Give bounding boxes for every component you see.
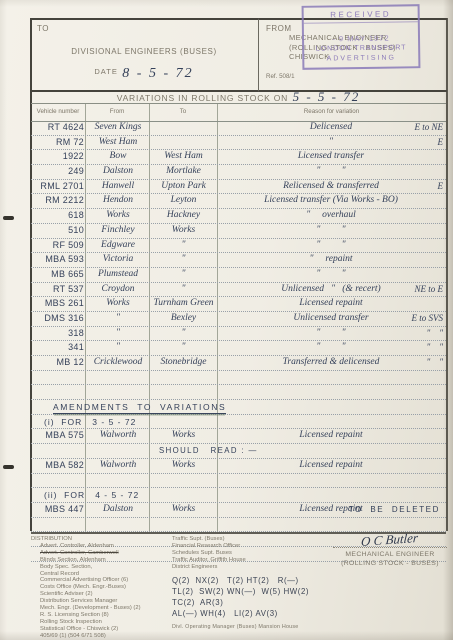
reason-cell: Relicensed & transferred xyxy=(218,180,444,194)
from-cell: Walworth xyxy=(87,429,149,443)
from-cell: Edgware xyxy=(87,239,149,253)
margin-note: E xyxy=(438,136,444,149)
from-cell: Bow xyxy=(87,150,149,164)
distribution-item: Central Record xyxy=(31,571,173,578)
to-cell xyxy=(151,121,216,135)
code-line: TL(2) SW(2) WN(—) W(5) HW(2) xyxy=(172,586,309,597)
to-cell: " xyxy=(151,239,216,253)
recipient-item: District Engineers xyxy=(172,564,312,571)
from-cell: Plumstead xyxy=(87,268,149,282)
signatory-line: (ROLLING STOCK - BUSES) xyxy=(333,559,447,568)
title-text: VARIATIONS IN ROLLING STOCK ON xyxy=(117,93,288,103)
reason-cell: Licensed repaint xyxy=(218,459,444,473)
vehicle-number-cell: 249 xyxy=(31,165,84,179)
reason-cell: Unlicensed " (& recert) xyxy=(218,283,444,297)
to-cell xyxy=(151,136,216,150)
signature-block: O C Butler MECHANICAL ENGINEER (ROLLING … xyxy=(333,531,447,568)
vehicle-number-cell: DMS 316 xyxy=(31,312,84,326)
ref-number: Ref. 508/1 xyxy=(266,73,295,80)
distribution-item: R. S. Licensing Section (8) xyxy=(31,612,173,619)
reason-cell: Licensed transfer xyxy=(218,150,444,164)
reason-cell: " " xyxy=(218,341,444,355)
reason-cell: " repaint xyxy=(218,253,444,267)
amendment-label: (ii) FOR 4 - 5 - 72 xyxy=(44,489,139,501)
col-header-from: From xyxy=(85,104,149,121)
margin-note: " " xyxy=(426,341,443,354)
table-row: (ii) FOR 4 - 5 - 72 xyxy=(31,488,446,503)
to-cell: Works xyxy=(151,429,216,443)
to-cell: Hackney xyxy=(151,209,216,223)
margin-note: NE to E xyxy=(415,283,444,296)
from-cell: West Ham xyxy=(87,136,149,150)
date-line: DATE 8 - 5 - 72 xyxy=(30,64,258,82)
reason-cell: " " xyxy=(218,268,444,282)
table-row: AMENDMENTS TO VARIATIONS xyxy=(31,400,446,415)
table-row: MBA 593Victoria"" repaint xyxy=(31,253,446,268)
margin-note: E to SVS xyxy=(412,312,444,325)
reason-cell: Licensed repaint xyxy=(218,297,444,311)
from-cell: " xyxy=(87,341,149,355)
from-cell: Croydon xyxy=(87,283,149,297)
col-header-vehicle: Vehicle number xyxy=(31,104,85,121)
distribution-title: DISTRIBUTION xyxy=(31,536,173,543)
table-row: RM 72West Ham"E xyxy=(31,136,446,151)
reason-cell: Transferred & delicensed xyxy=(218,356,444,370)
recipient-item: Schedules Supt. Buses xyxy=(172,550,312,557)
vehicle-number-cell: MBS 447 xyxy=(31,503,84,517)
margin-note: " " xyxy=(426,356,443,369)
distribution-item: Rolling Stock Inspection xyxy=(31,619,173,626)
punch-mark xyxy=(3,216,14,220)
vehicle-number-cell: RT 4624 xyxy=(31,121,84,135)
to-cell: West Ham xyxy=(151,150,216,164)
table-row: MBA 582WalworthWorksLicensed repaint xyxy=(31,459,446,474)
vehicle-number-cell: RM 2212 xyxy=(31,194,84,208)
table-row: MB 665Plumstead"" " xyxy=(31,268,446,283)
margin-note: " " xyxy=(426,327,443,340)
reason-cell: " " xyxy=(218,165,444,179)
distribution-item: Blinds Section, Aldenham xyxy=(31,557,173,564)
reason-cell: Licensed repaint xyxy=(218,429,444,443)
table-row xyxy=(31,385,446,400)
table-row: RF 509Edgware"" " xyxy=(31,239,446,254)
garage-code-counts: Q(2) NX(2) T(2) HT(2) R(—)TL(2) SW(2) WN… xyxy=(172,575,309,619)
to-cell: Mortlake xyxy=(151,165,216,179)
vehicle-number-cell: 341 xyxy=(31,341,84,355)
distribution-item: Body Spec. Section, xyxy=(31,564,173,571)
vehicle-number-cell: 510 xyxy=(31,224,84,238)
variations-table: Vehicle number From To Reason for variat… xyxy=(31,103,446,534)
distribution-item: Advert. Controller, Aldenham xyxy=(31,543,173,550)
to-cell: Works xyxy=(151,503,216,517)
table-row: RT 537Croydon"Unlicensed " (& recert)NE … xyxy=(31,283,446,298)
signatory-title: MECHANICAL ENGINEER (ROLLING STOCK - BUS… xyxy=(333,550,447,568)
vehicle-number-cell: MBA 582 xyxy=(31,459,84,473)
reason-cell: Delicensed xyxy=(218,121,444,135)
from-cell: Hanwell xyxy=(87,180,149,194)
table-rows: RT 4624Seven KingsDelicensedE to NERM 72… xyxy=(31,121,446,532)
from-cell: Dalston xyxy=(87,503,149,517)
from-cell: Finchley xyxy=(87,224,149,238)
table-row: MBS 447DalstonWorksLicensed repaintTO BE… xyxy=(31,503,446,518)
distribution-item: 405/69 (1) (504 6/71 508) xyxy=(31,633,173,640)
margin-note: E xyxy=(438,180,444,193)
should-read-note: SHOULD READ : — xyxy=(159,445,258,457)
manager-line: Divl. Operating Manager (Buses) Mansion … xyxy=(172,624,298,630)
amendment-label: (i) FOR 3 - 5 - 72 xyxy=(44,416,136,428)
table-row: RT 4624Seven KingsDelicensedE to NE xyxy=(31,121,446,136)
amendments-heading: AMENDMENTS TO VARIATIONS xyxy=(53,401,226,414)
table-row: MBA 575WalworthWorksLicensed repaint xyxy=(31,429,446,444)
table-row: DMS 316"BexleyUnlicensed transferE to SV… xyxy=(31,312,446,327)
to-cell: Turnham Green xyxy=(151,297,216,311)
to-cell: " xyxy=(151,327,216,341)
reason-cell: " " xyxy=(218,239,444,253)
received-stamp: RECEIVED - 9 MAY 1972 LONDON TRANSPORT A… xyxy=(302,4,421,70)
punch-mark xyxy=(3,465,14,469)
to-label: TO xyxy=(37,24,49,33)
code-line: AL(—) WH(4) LI(2) AV(3) xyxy=(172,608,309,619)
reason-cell: " overhaul xyxy=(218,209,444,223)
stamp-date: - 9 MAY 1972 xyxy=(304,33,418,44)
distribution-item: Advert. Controller, Camberwell xyxy=(31,550,173,557)
table-row: 510FinchleyWorks" " xyxy=(31,224,446,239)
to-cell: Upton Park xyxy=(151,180,216,194)
vehicle-number-cell: RT 537 xyxy=(31,283,84,297)
recipient-item: Traffic Supt. (Buses) xyxy=(172,536,312,543)
vehicle-number-cell: 618 xyxy=(31,209,84,223)
date-handwritten: 8 - 5 - 72 xyxy=(122,66,193,81)
to-cell: " xyxy=(151,341,216,355)
from-cell: Dalston xyxy=(87,165,149,179)
distribution-item: Scientific Adviser (2) xyxy=(31,591,173,598)
table-row: RML 2701HanwellUpton ParkRelicensed & tr… xyxy=(31,180,446,195)
margin-note: E to NE xyxy=(415,121,444,134)
reason-cell: " " xyxy=(218,224,444,238)
margin-note-caps: TO BE DELETED xyxy=(349,504,440,516)
to-cell: Stonebridge xyxy=(151,356,216,370)
vehicle-number-cell: MBA 575 xyxy=(31,429,84,443)
table-row: 249DalstonMortlake" " xyxy=(31,165,446,180)
reason-cell: " xyxy=(218,136,444,150)
table-row: 341""" "" " xyxy=(31,341,446,356)
stamp-org: LONDON TRANSPORT xyxy=(304,44,418,53)
col-header-reason: Reason for variation xyxy=(217,104,446,121)
from-cell: Walworth xyxy=(87,459,149,473)
to-cell: " xyxy=(151,283,216,297)
distribution-item: Distribution Services Manager xyxy=(31,598,173,605)
vehicle-number-cell: 1922 xyxy=(31,150,84,164)
distribution-item: Statistical Office - Chiswick (2) xyxy=(31,626,173,633)
reason-cell: Licensed transfer (Via Works - BO) xyxy=(218,194,444,208)
table-row: 618WorksHackney" overhaul xyxy=(31,209,446,224)
table-row: SHOULD READ : — xyxy=(31,444,446,459)
from-cell: Hendon xyxy=(87,194,149,208)
vehicle-number-cell: MBS 261 xyxy=(31,297,84,311)
from-cell: Seven Kings xyxy=(87,121,149,135)
table-row: 318""" "" " xyxy=(31,327,446,342)
col-header-to: To xyxy=(149,104,217,121)
code-line: Q(2) NX(2) T(2) HT(2) R(—) xyxy=(172,575,309,586)
to-cell: " xyxy=(151,268,216,282)
scanned-form-page: TO DIVISIONAL ENGINEERS (BUSES) DATE 8 -… xyxy=(0,0,453,640)
vehicle-number-cell: MB 12 xyxy=(31,356,84,370)
table-row xyxy=(31,371,446,386)
vehicle-number-cell: RML 2701 xyxy=(31,180,84,194)
title-date-handwritten: 5 - 5 - 72 xyxy=(293,89,361,104)
to-cell: Works xyxy=(151,459,216,473)
recipient-item: Financial Research Officer xyxy=(172,543,312,550)
to-cell: " xyxy=(151,253,216,267)
table-row: MBS 261WorksTurnham GreenLicensed repain… xyxy=(31,297,446,312)
vehicle-number-cell: MB 665 xyxy=(31,268,84,282)
recipient-item: Traffic Auditor, Griffith House xyxy=(172,557,312,564)
from-cell: " xyxy=(87,312,149,326)
vehicle-number-cell: MBA 593 xyxy=(31,253,84,267)
to-cell: Leyton xyxy=(151,194,216,208)
from-cell: Victoria xyxy=(87,253,149,267)
table-row xyxy=(31,474,446,489)
from-cell: Works xyxy=(87,297,149,311)
signatory-line: MECHANICAL ENGINEER xyxy=(333,550,447,559)
to-value: DIVISIONAL ENGINEERS (BUSES) xyxy=(30,47,258,56)
to-cell: Works xyxy=(151,224,216,238)
vehicle-number-cell: RF 509 xyxy=(31,239,84,253)
vehicle-number-cell: RM 72 xyxy=(31,136,84,150)
distribution-item: Mech. Engr. (Development - Buses) (2) xyxy=(31,605,173,612)
from-label: FROM xyxy=(266,24,292,33)
table-header: Vehicle number From To Reason for variat… xyxy=(31,104,446,122)
table-row: RM 2212HendonLeytonLicensed transfer (Vi… xyxy=(31,194,446,209)
from-cell: " xyxy=(87,327,149,341)
from-cell: Works xyxy=(87,209,149,223)
vehicle-number-cell: 318 xyxy=(31,327,84,341)
signature-handwritten: O C Butler xyxy=(361,530,419,550)
code-line: TC(2) AR(3) xyxy=(172,597,309,608)
stamp-received: RECEIVED xyxy=(304,9,418,24)
stamp-dept: ADVERTISING xyxy=(304,54,418,63)
table-row: MB 12CricklewoodStonebridgeTransferred &… xyxy=(31,356,446,371)
distribution-item: Costs Office (Mech. Engr.-Buses) xyxy=(31,584,173,591)
to-address-box: TO DIVISIONAL ENGINEERS (BUSES) DATE 8 -… xyxy=(30,18,259,92)
reason-cell: Unlicensed transfer xyxy=(218,312,444,326)
distribution-item: Commercial Advertising Officer (6) xyxy=(31,577,173,584)
recipients-list: Traffic Supt. (Buses)Financial Research … xyxy=(172,536,312,571)
to-cell: Bexley xyxy=(151,312,216,326)
table-row: 1922BowWest HamLicensed transfer xyxy=(31,150,446,165)
date-label: DATE xyxy=(94,67,117,76)
table-row: (i) FOR 3 - 5 - 72 xyxy=(31,415,446,430)
reason-cell: " " xyxy=(218,327,444,341)
distribution-list: DISTRIBUTION Advert. Controller, Aldenha… xyxy=(31,536,173,640)
from-cell: Cricklewood xyxy=(87,356,149,370)
